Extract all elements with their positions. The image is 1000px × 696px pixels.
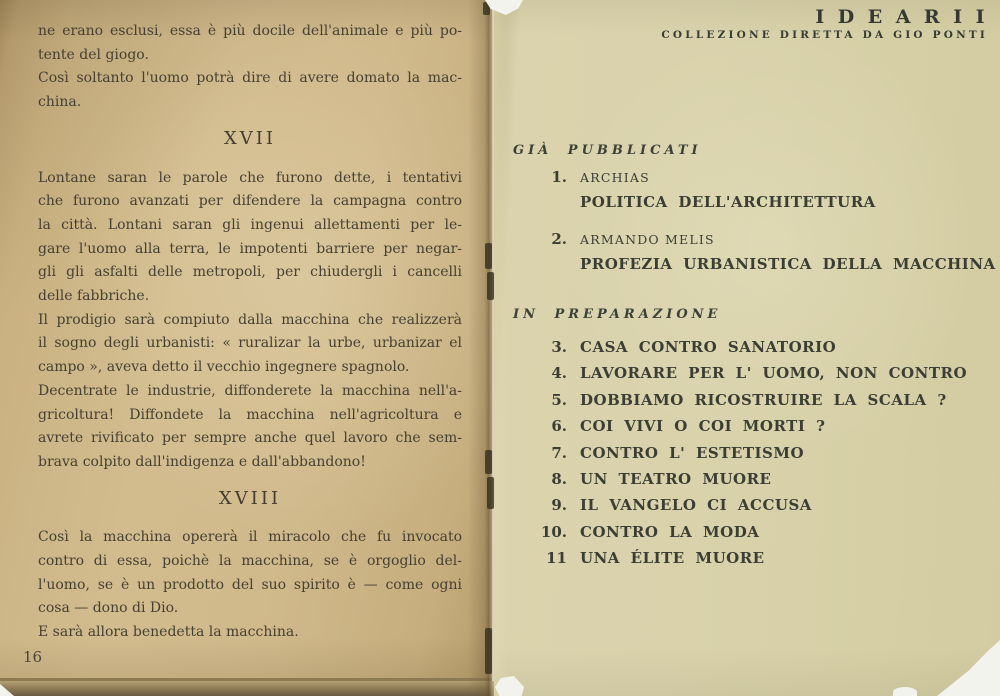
item-title: POLITICA DELL'ARCHITETTURA <box>580 190 876 215</box>
book-item: 9.IL VANGELO CI ACCUSA <box>513 492 967 518</box>
series-title: IDEARII <box>815 6 998 28</box>
book-item: 3.CASA CONTRO SANATORIO <box>513 334 967 360</box>
item-title: PROFEZIA URBANISTICA DELLA MACCHINA <box>580 252 996 277</box>
text-line: Lontane saran le parole che furono dette… <box>38 167 462 191</box>
text-line: tente del giogo. <box>38 44 462 68</box>
text-line: cosa — dono di Dio. <box>38 597 462 621</box>
item-title: COI VIVI O COI MORTI ? <box>580 414 825 439</box>
text-line: E sarà allora benedetta la macchina. <box>38 621 462 645</box>
book-item: 7.CONTRO L' ESTETISMO <box>513 440 967 466</box>
book-item: 10.CONTRO LA MODA <box>513 519 967 545</box>
text-line: che furono avanzati per difendere la cam… <box>38 190 462 214</box>
item-number: 4. <box>513 360 567 386</box>
book-item: 4.LAVORARE PER L' UOMO, NON CONTRO <box>513 360 967 386</box>
book-item: 1.ARCHIASPOLITICA DELL'ARCHITETTURA <box>513 166 996 215</box>
preparation-heading: IN PREPARAZIONE <box>513 307 721 322</box>
text-line: contro di essa, poichè la macchina, se è… <box>38 550 462 574</box>
book-item: 8.UN TEATRO MUORE <box>513 466 967 492</box>
stitch-mark <box>487 272 494 300</box>
item-number: 2. <box>513 230 567 248</box>
item-title: UNA ÉLITE MUORE <box>580 546 765 571</box>
right-page: IDEARII COLLEZIONE DIRETTA DA GIO PONTI … <box>494 0 1000 696</box>
published-heading: GIÀ PUBBLICATI <box>513 143 702 158</box>
book-item: 2.ARMANDO MELISPROFEZIA URBANISTICA DELL… <box>513 228 996 277</box>
text-line: china. <box>38 91 462 115</box>
text-line: Decentrate le industrie, diffonderete la… <box>38 380 462 404</box>
stitch-mark <box>485 628 492 674</box>
preparation-list: 3.CASA CONTRO SANATORIO4.LAVORARE PER L'… <box>513 334 967 572</box>
text-line: campo », aveva detto il vecchio ingegner… <box>38 356 462 380</box>
text-line: brava colpito dall'indigenza e dall'abba… <box>38 451 462 475</box>
item-number: 9. <box>513 492 567 518</box>
text-line: Così la macchina opererà il miracolo che… <box>38 526 462 550</box>
item-number: 6. <box>513 413 567 439</box>
item-number: 5. <box>513 387 567 413</box>
item-number: 8. <box>513 466 567 492</box>
item-title: CASA CONTRO SANATORIO <box>580 335 836 360</box>
stitch-mark <box>485 450 492 474</box>
text-line: il sogno degli urbanisti: « ruralizar la… <box>38 332 462 356</box>
item-number: 11 <box>513 545 567 571</box>
text-line: ne erano esclusi, essa è più docile dell… <box>38 20 462 44</box>
left-page-text: ne erano esclusi, essa è più docile dell… <box>38 20 462 645</box>
under-page-edge <box>0 681 560 696</box>
text-line: gricoltura! Diffondete la macchina nell'… <box>38 404 462 428</box>
item-author: ARMANDO MELIS <box>580 228 715 252</box>
published-list: 1.ARCHIASPOLITICA DELL'ARCHITETTURA2.ARM… <box>513 166 996 290</box>
item-title: UN TEATRO MUORE <box>580 467 772 492</box>
item-number: 1. <box>513 168 567 186</box>
stitch-mark <box>485 243 492 269</box>
text-line: gli gli asfalti delle metropoli, per chi… <box>38 261 462 285</box>
series-subtitle: COLLEZIONE DIRETTA DA GIO PONTI <box>661 29 988 41</box>
book-item: 11UNA ÉLITE MUORE <box>513 545 967 571</box>
book-item: 6.COI VIVI O COI MORTI ? <box>513 413 967 439</box>
item-title: IL VANGELO CI ACCUSA <box>580 493 812 518</box>
roman-numeral-heading: XVIII <box>38 487 462 511</box>
text-line: Così soltanto l'uomo potrà dire di avere… <box>38 67 462 91</box>
left-page: ne erano esclusi, essa è più docile dell… <box>0 0 492 681</box>
item-title: DOBBIAMO RICOSTRUIRE LA SCALA ? <box>580 388 947 413</box>
item-title: CONTRO LA MODA <box>580 520 759 545</box>
text-line: la città. Lontani saran gli ingenui alle… <box>38 214 462 238</box>
item-author: ARCHIAS <box>580 166 650 190</box>
text-line: gare l'uomo alla terra, le impotenti bar… <box>38 238 462 262</box>
text-line: avrete rivificato per sempre anche quel … <box>38 427 462 451</box>
item-number: 7. <box>513 440 567 466</box>
book-spread: ne erano esclusi, essa è più docile dell… <box>0 0 1000 696</box>
text-line: delle fabbriche. <box>38 285 462 309</box>
item-title: LAVORARE PER L' UOMO, NON CONTRO <box>580 361 967 386</box>
stitch-mark <box>487 477 494 509</box>
roman-numeral-heading: XVII <box>38 127 462 151</box>
text-line: l'uomo, se è un prodotto del suo spirito… <box>38 574 462 598</box>
item-title: CONTRO L' ESTETISMO <box>580 441 804 466</box>
item-number: 3. <box>513 334 567 360</box>
text-line: Il prodigio sarà compiuto dalla macchina… <box>38 309 462 333</box>
paper-tear-fragment <box>893 687 917 696</box>
gutter-crease <box>489 0 492 696</box>
item-number: 10. <box>513 519 567 545</box>
page-number: 16 <box>23 648 42 666</box>
book-item: 5.DOBBIAMO RICOSTRUIRE LA SCALA ? <box>513 387 967 413</box>
